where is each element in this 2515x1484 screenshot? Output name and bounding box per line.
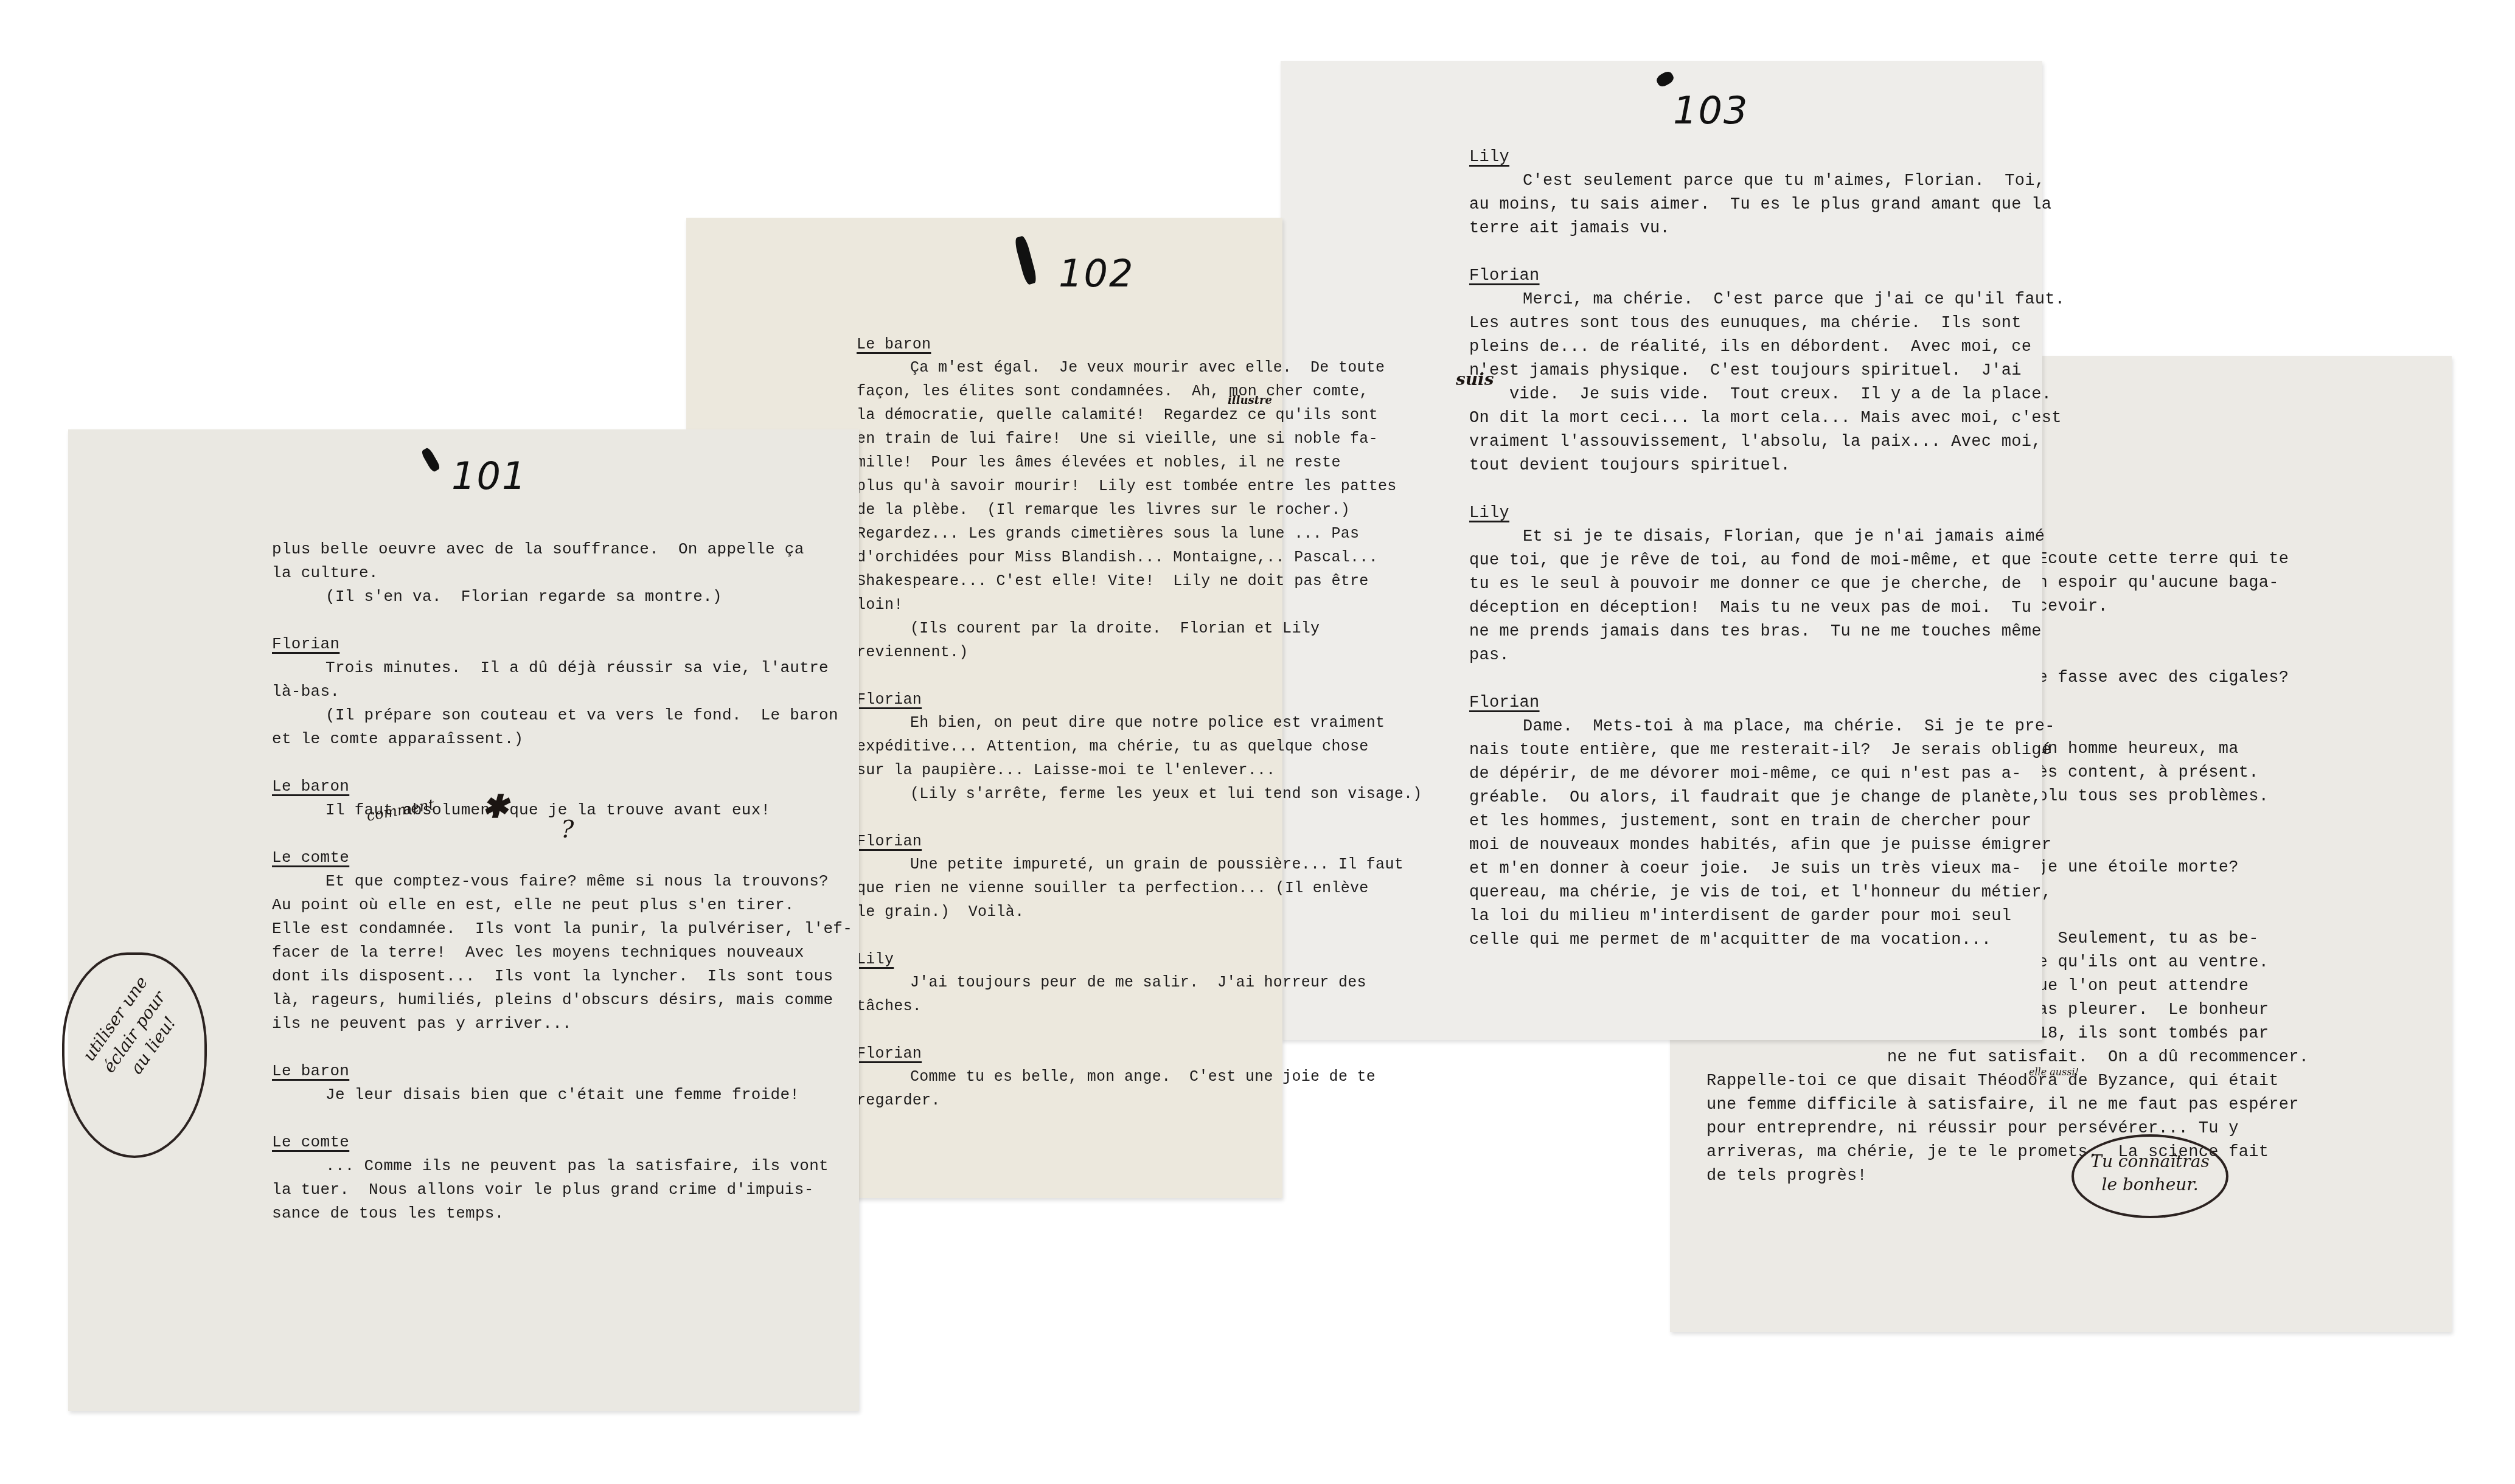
dialogue-line: tâches.: [857, 995, 1422, 1019]
dialogue-line: sur la paupière... Laisse-moi te l'enlev…: [857, 759, 1422, 783]
dialogue-line: que toi, que je rêve de toi, au fond de …: [1469, 549, 2065, 573]
page-number: 102: [1059, 251, 1134, 296]
question-mark-icon: ?: [561, 816, 574, 844]
dialogue-line: pleins de... de réalité, ils en déborden…: [1469, 336, 2065, 359]
dialogue-line: la tuer. Nous allons voir le plus grand …: [272, 1178, 852, 1202]
dialogue-line: le grain.) Voilà.: [857, 901, 1422, 924]
dialogue-line: expéditive... Attention, ma chérie, tu a…: [857, 735, 1422, 759]
dialogue-line: d'orchidées pour Miss Blandish... Montai…: [857, 546, 1422, 570]
speaker-name: Le baron: [272, 1059, 852, 1083]
dialogue-line: Et que comptez-vous faire? même si nous …: [272, 870, 852, 893]
dialogue-line: plus qu'à savoir mourir! Lily est tombée…: [857, 475, 1422, 499]
dialogue-line: Merci, ma chérie. C'est parce que j'ai c…: [1469, 288, 2065, 312]
typed-text: LilyC'est seulement parce que tu m'aimes…: [1469, 146, 2065, 952]
blank-line: [1469, 478, 2065, 502]
blank-line: [272, 609, 852, 633]
dialogue-line: (Il s'en va. Florian regarde sa montre.): [272, 585, 852, 609]
dialogue-line: moi de nouveaux mondes habités, afin que…: [1469, 834, 2065, 858]
handwritten-correction: illustre: [1228, 394, 1272, 407]
dialogue-line: une femme difficile à satisfaire, il ne …: [1706, 1094, 2309, 1117]
page-number: 101: [451, 454, 527, 498]
blank-line: [272, 1036, 852, 1059]
dialogue-line: déception en déception! Mais tu ne veux …: [1469, 597, 2065, 620]
dialogue-line: ne ne fut satisfait. On a dû recommencer…: [1706, 1046, 2309, 1070]
dialogue-line: reviennent.): [857, 641, 1422, 665]
dialogue-line: ... Comme ils ne peuvent pas la satisfai…: [272, 1154, 852, 1178]
dialogue-line: ils ne peuvent pas y arriver...: [272, 1012, 852, 1036]
crossed-out-number-scribble: [1014, 235, 1038, 285]
dialogue-line: Je leur disais bien que c'était une femm…: [272, 1083, 852, 1107]
dialogue-line: Les autres sont tous des eunuques, ma ch…: [1469, 312, 2065, 336]
dialogue-line: Ça m'est égal. Je veux mourir avec elle.…: [857, 356, 1422, 380]
dialogue-line: Dame. Mets-toi à ma place, ma chérie. Si…: [1469, 715, 2065, 739]
margin-note-bubble: utiliser une éclair pour au lieu!: [62, 952, 207, 1158]
dialogue-line: nais toute entière, que me resterait-il?…: [1469, 739, 2065, 763]
dialogue-line: là-bas.: [272, 680, 852, 704]
dialogue-line: au moins, tu sais aimer. Tu es le plus g…: [1469, 193, 2065, 217]
dialogue-line: la culture.: [272, 561, 852, 585]
dialogue-line: que rien ne vienne souiller ta perfectio…: [857, 877, 1422, 901]
dialogue-line: celle qui me permet de m'acquitter de ma…: [1469, 929, 2065, 952]
speaker-name: Le comte: [272, 1131, 852, 1154]
speaker-name: Le baron: [272, 775, 852, 799]
dialogue-line: loin!: [857, 594, 1422, 617]
handwritten-insertion: elle aussi!: [2029, 1066, 2079, 1078]
dialogue-line: quereau, ma chérie, je vis de toi, et l'…: [1469, 881, 2065, 905]
blank-line: [272, 1107, 852, 1131]
dialogue-line: la démocratie, quelle calamité! Regardez…: [857, 404, 1422, 428]
dialogue-line: plus belle oeuvre avec de la souffrance.…: [272, 538, 852, 561]
manuscript-page-101: 101 plus belle oeuvre avec de la souffra…: [68, 429, 859, 1411]
speaker-name: Le comte: [272, 846, 852, 870]
dialogue-line: pour entreprendre, ni réussir pour persé…: [1706, 1117, 2309, 1141]
speaker-name: Florian: [272, 633, 852, 656]
dialogue-line: la loi du milieu m'interdisent de garder…: [1469, 905, 2065, 929]
dialogue-line: ne me prends jamais dans tes bras. Tu ne…: [1469, 620, 2065, 644]
page-number: 103: [1673, 88, 1748, 133]
dialogue-line: On dit la mort ceci... la mort cela... M…: [1469, 407, 2065, 431]
dialogue-line: et le comte apparaîssent.): [272, 727, 852, 751]
dialogue-line: de la plèbe. (Il remarque les livres sur…: [857, 499, 1422, 522]
dialogue-line: (Lily s'arrête, ferme les yeux et lui te…: [857, 783, 1422, 806]
dialogue-line: de dépérir, de me dévorer moi-même, ce q…: [1469, 763, 2065, 786]
dialogue-line: Elle est condamnée. Ils vont la punir, l…: [272, 917, 852, 941]
dialogue-line: vide. Je suis vide. Tout creux. Il y a d…: [1469, 383, 2065, 407]
blank-line: [857, 806, 1422, 830]
dialogue-line: Regardez... Les grands cimetières sous l…: [857, 522, 1422, 546]
dialogue-line: sance de tous les temps.: [272, 1202, 852, 1226]
blank-line: [857, 665, 1422, 688]
blank-line: [1469, 241, 2065, 265]
speaker-name: Lily: [1469, 146, 2065, 170]
speaker-name: Florian: [1469, 692, 2065, 715]
speaker-name: Florian: [857, 688, 1422, 712]
dialogue-line: et m'en donner à coeur joie. Je suis un …: [1469, 858, 2065, 881]
dialogue-line: là, rageurs, humiliés, pleins d'obscurs …: [272, 988, 852, 1012]
dialogue-line: n'est jamais physique. C'est toujours sp…: [1469, 359, 2065, 383]
dialogue-line: (Il prépare son couteau et va vers le fo…: [272, 704, 852, 727]
dialogue-line: tout devient toujours spirituel.: [1469, 454, 2065, 478]
typed-text: Le baronÇa m'est égal. Je veux mourir av…: [857, 333, 1422, 1113]
blank-line: [1469, 668, 2065, 692]
dialogue-line: et les hommes, justement, sont en train …: [1469, 810, 2065, 834]
dialogue-line: pas.: [1469, 644, 2065, 668]
dialogue-line: dont ils disposent... Ils vont la lynche…: [272, 965, 852, 988]
handwritten-correction: suis: [1456, 369, 1494, 389]
speaker-name: Lily: [857, 948, 1422, 971]
speaker-name: Le baron: [857, 333, 1422, 356]
crossed-out-number-scribble: [420, 447, 441, 473]
dialogue-line: façon, les élites sont condamnées. Ah, m…: [857, 380, 1422, 404]
crossed-out-number-scribble: [1655, 69, 1675, 88]
speaker-name: Florian: [857, 830, 1422, 853]
speaker-name: Lily: [1469, 502, 2065, 525]
dialogue-line: Shakespeare... C'est elle! Vite! Lily ne…: [857, 570, 1422, 594]
blank-line: [857, 924, 1422, 948]
handwritten-note-bubble: Tu connaîtras le bonheur.: [2071, 1134, 2228, 1218]
handwritten-margin-note: utiliser une éclair pour au lieu!: [77, 970, 193, 1095]
dialogue-line: mille! Pour les âmes élevées et nobles, …: [857, 451, 1422, 475]
dialogue-line: regarder.: [857, 1089, 1422, 1113]
dialogue-line: tu es le seul à pouvoir me donner ce que…: [1469, 573, 2065, 597]
dialogue-line: (Ils courent par la droite. Florian et L…: [857, 617, 1422, 641]
dialogue-line: vraiment l'assouvissement, l'absolu, la …: [1469, 431, 2065, 454]
blank-line: [857, 1019, 1422, 1042]
dialogue-line: Et si je te disais, Florian, que je n'ai…: [1469, 525, 2065, 549]
dialogue-line: Une petite impureté, un grain de poussiè…: [857, 853, 1422, 877]
dialogue-line: Au point où elle en est, elle ne peut pl…: [272, 893, 852, 917]
dialogue-line: C'est seulement parce que tu m'aimes, Fl…: [1469, 170, 2065, 193]
dialogue-line: en train de lui faire! Une si vieille, u…: [857, 428, 1422, 451]
dialogue-line: terre ait jamais vu.: [1469, 217, 2065, 241]
dialogue-line: Rappelle-toi ce que disait Théodora de B…: [1706, 1070, 2309, 1094]
dialogue-line: facer de la terre! Avec les moyens techn…: [272, 941, 852, 965]
blank-line: [272, 751, 852, 775]
speaker-name: Florian: [857, 1042, 1422, 1066]
dialogue-line: Eh bien, on peut dire que notre police e…: [857, 712, 1422, 735]
dialogue-line: Comme tu es belle, mon ange. C'est une j…: [857, 1066, 1422, 1089]
handwritten-closing-note: Tu connaîtras le bonheur.: [2086, 1150, 2214, 1196]
speaker-name: Florian: [1469, 265, 2065, 288]
dialogue-line: gréable. Ou alors, il faudrait que je ch…: [1469, 786, 2065, 810]
dialogue-line: J'ai toujours peur de me salir. J'ai hor…: [857, 971, 1422, 995]
dialogue-line: Trois minutes. Il a dû déjà réussir sa v…: [272, 656, 852, 680]
typed-text: plus belle oeuvre avec de la souffrance.…: [272, 538, 852, 1226]
asterisk-mark-icon: ✱: [482, 788, 509, 825]
